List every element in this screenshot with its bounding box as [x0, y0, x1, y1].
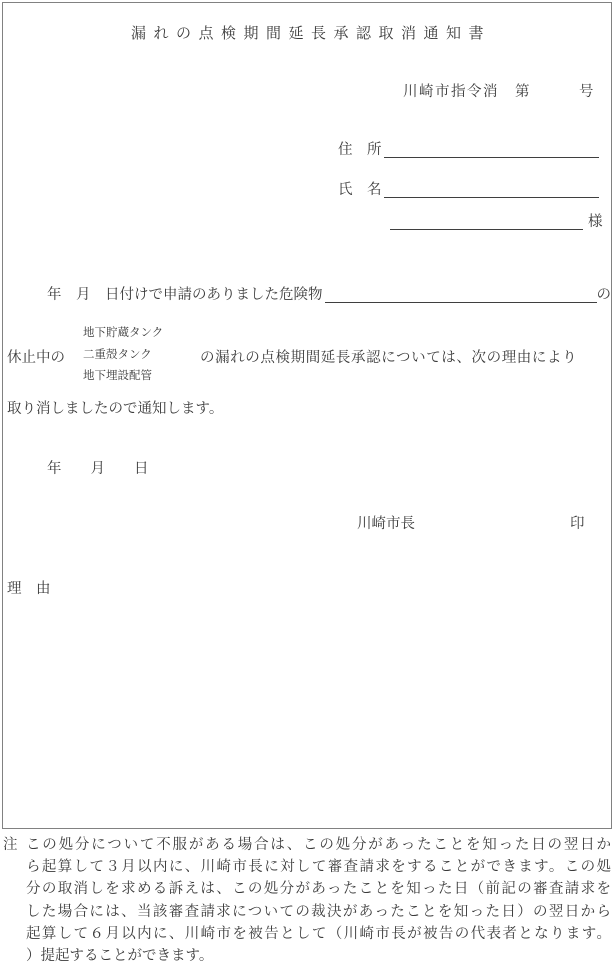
note-line: した場合には、当該審査請求についての裁決があったことを知った日）の翌日から [26, 901, 611, 923]
issue-date-line: 年 月 日 [47, 457, 149, 478]
notice-title: 漏れの点検期間延長承認取消通知書 [3, 22, 611, 43]
address-label: 住 所 [338, 142, 382, 158]
reason-label: 理 由 [7, 577, 51, 598]
issuer-name: 川崎市長 [357, 512, 415, 533]
application-line-text: 年 月 日付けで申請のありました危険物 [47, 287, 323, 303]
facility-option-double-shell-tank: 二重殻タンク [83, 345, 163, 367]
note-line: 分の取消しを求める訴えは、この処分があったことを知った日（前記の審査請求を [26, 878, 611, 900]
addressee-blank-line[interactable] [390, 212, 583, 230]
seal-mark: 印 [570, 512, 585, 533]
facility-option-underground-tank: 地下貯蔵タンク [83, 323, 163, 345]
suspended-prefix: 休止中の [7, 346, 65, 367]
notice-box: 漏れの点検期間延長承認取消通知書 川崎市指令消 第 号 住 所 氏 名 様 年 … [2, 2, 612, 829]
address-blank-line[interactable] [384, 140, 599, 158]
application-date-line: 年 月 日付けで申請のありました危険物の [47, 283, 611, 304]
document-sheet: 漏れの点検期間延長承認取消通知書 川崎市指令消 第 号 住 所 氏 名 様 年 … [0, 0, 616, 963]
note-line: この処分について不服がある場合は、この処分があったことを知った日の翌日か [26, 834, 611, 856]
name-row: 氏 名 [338, 178, 599, 199]
name-blank-line[interactable] [384, 180, 599, 198]
addressee-row: 様 [390, 210, 603, 231]
particle-no: の [597, 287, 612, 303]
note-text: この処分について不服がある場合は、この処分があったことを知った日の翌日か ら起算… [26, 834, 611, 963]
doc-number-line: 川崎市指令消 第 号 [403, 80, 595, 101]
honorific-sama: 様 [588, 214, 603, 230]
note-line: ら起算して３月以内に、川崎市長に対して審査請求をすることができます。この処 [26, 856, 611, 878]
facility-option-buried-piping: 地下埋設配管 [83, 366, 163, 388]
name-label: 氏 名 [338, 182, 382, 198]
approval-clause: の漏れの点検期間延長承認については、次の理由により [200, 346, 577, 367]
note-marker: 注 [3, 834, 18, 856]
cancellation-line: 取り消しましたので通知します。 [7, 397, 223, 418]
note-line: ）提起することができます。 [26, 945, 611, 963]
facility-options-list: 地下貯蔵タンク 二重殻タンク 地下埋設配管 [83, 323, 163, 388]
address-row: 住 所 [338, 138, 599, 159]
note-line: 起算して６月以内に、川崎市を被告として（川崎市長が被告の代表者となります。 [26, 923, 611, 945]
hazmat-blank-line[interactable] [325, 285, 597, 303]
